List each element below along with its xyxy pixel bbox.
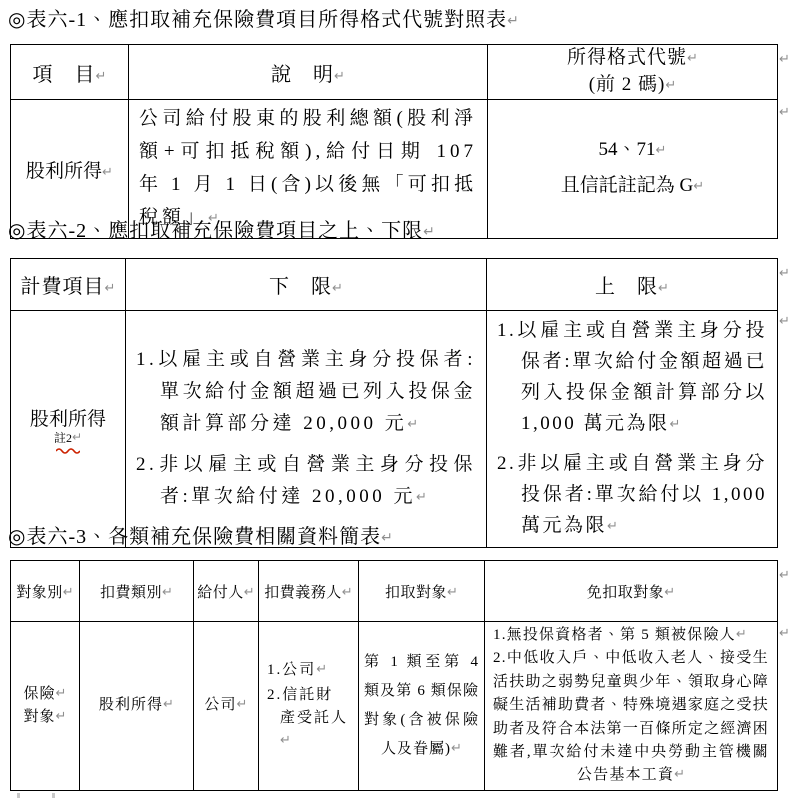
return-mark-icon: ↵ <box>670 409 681 440</box>
list-item: 2.非以雇主或自營業主身分投保者:單次給付以 1,000 萬元為限↵ <box>497 448 767 543</box>
cutoff-mark <box>17 793 20 798</box>
table-row: 計費項目↵ 下 限↵ 上 限↵ <box>11 259 778 311</box>
cell-text: 54、71 <box>599 139 656 160</box>
list-item: 2.中低收入戶、中低收入老人、接受生活扶助之弱勢兒童與少年、領取身心障礙生活補助… <box>493 647 769 787</box>
header-cell-exempt-target: 免扣取對象↵ <box>485 561 778 622</box>
return-mark-icon: ↵ <box>56 705 67 728</box>
return-mark-icon: ↵ <box>56 682 67 705</box>
return-mark-icon: ↵ <box>102 165 113 180</box>
cell-text: 股利所得 <box>99 697 163 713</box>
table-row: 對象別↵ 扣費類別↵ 給付人↵ 扣費義務人↵ 扣取對象↵ 免扣取對象↵ <box>11 561 778 622</box>
end-of-row-mark-icon: ↵ <box>779 266 788 281</box>
return-mark-icon: ↵ <box>332 281 343 296</box>
header-cell-item: 項 目↵ <box>11 45 129 100</box>
return-mark-icon: ↵ <box>658 281 669 296</box>
return-mark-icon: ↵ <box>316 658 327 681</box>
return-mark-icon: ↵ <box>237 693 248 716</box>
return-mark-icon: ↵ <box>664 585 675 600</box>
cell-text: 1.無投保資格者、第 5 類被保險人 <box>493 627 736 643</box>
cell-text: 2.非以雇主或自營業主身分投保者:單次給付以 1,000 萬元為限 <box>497 453 767 536</box>
header-label: 對象別 <box>16 585 63 601</box>
cell-text: 1.以雇主或自營業主身分投保者:單次給付金額超過已列入投保金額計算部分達 20,… <box>136 349 476 434</box>
return-mark-icon: ↵ <box>162 585 173 600</box>
header-cell-lower-limit: 下 限↵ <box>126 259 487 311</box>
header-label: 上 限 <box>595 276 658 298</box>
list-item: 2.信託財產受託人↵ <box>267 684 350 753</box>
header-label: 免扣取對象 <box>587 585 665 601</box>
footnote-reference: 註2↵ <box>11 431 125 446</box>
cell-upper-limit: 1.以雇主或自營業主身分投保者:單次給付金額超過已列入投保金額計算部分以 1,0… <box>487 311 778 548</box>
cell-obligor: 1.公司↵ 2.信託財產受託人↵ <box>259 622 359 791</box>
end-of-row-mark-icon: ↵ <box>779 105 788 120</box>
header-cell-description: 說 明↵ <box>129 45 488 100</box>
return-mark-icon: ↵ <box>687 46 698 71</box>
return-mark-icon: ↵ <box>607 511 618 542</box>
list-item: 1.公司↵ <box>267 659 350 682</box>
cell-target-type: 保險↵ 對象↵ <box>11 622 80 791</box>
return-mark-icon: ↵ <box>736 623 747 646</box>
return-mark-icon: ↵ <box>407 409 418 441</box>
header-label: 項 目 <box>33 64 96 86</box>
header-label: 所得格式代號 <box>567 47 687 68</box>
header-cell-billing-item: 計費項目↵ <box>11 259 126 311</box>
header-cell-fee-type: 扣費類別↵ <box>80 561 194 622</box>
list-item: 1.以雇主或自營業主身分投保者:單次給付金額超過已列入投保金額計算部分以 1,0… <box>497 315 767 441</box>
list-item: 1.無投保資格者、第 5 類被保險人↵ <box>493 624 769 647</box>
table-income-format-codes: 項 目↵ 說 明↵ 所得格式代號↵ (前 2 碼)↵ 股利所得↵ 公司給付股東的… <box>10 44 778 239</box>
table-row: 股利所得 註2↵ 1.以雇主或自營業主身分投保者:單次給付金額超過已列入投保金額… <box>11 311 778 548</box>
section-title-table-6-2: ◎表六-2、應扣取補充保險費項目之上、下限↵ <box>8 218 435 247</box>
cell-text: 2.中低收入戶、中低收入老人、接受生活扶助之弱勢兒童與少年、領取身心障礙生活補助… <box>493 650 769 783</box>
header-label: 下 限 <box>269 276 332 298</box>
cell-exempt-target: 1.無投保資格者、第 5 類被保險人↵ 2.中低收入戶、中低收入老人、接受生活扶… <box>485 622 778 791</box>
return-mark-icon: ↵ <box>63 585 74 600</box>
cell-lower-limit: 1.以雇主或自營業主身分投保者:單次給付金額超過已列入投保金額計算部分達 20,… <box>126 311 487 548</box>
spellcheck-squiggle <box>56 448 80 454</box>
return-mark-icon: ↵ <box>280 729 291 752</box>
return-mark-icon: ↵ <box>656 134 667 168</box>
table-upper-lower-limits: 計費項目↵ 下 限↵ 上 限↵ 股利所得 註2↵ 1.以雇主或自營業主身分投保者… <box>10 258 778 548</box>
header-cell-payer: 給付人↵ <box>194 561 259 622</box>
return-mark-icon: ↵ <box>423 219 435 246</box>
header-cell-withhold-target: 扣取對象↵ <box>359 561 485 622</box>
return-mark-icon: ↵ <box>381 525 393 552</box>
table-row: 項 目↵ 說 明↵ 所得格式代號↵ (前 2 碼)↵ <box>11 45 778 100</box>
list-item: 1.以雇主或自營業主身分投保者:單次給付金額超過已列入投保金額計算部分達 20,… <box>136 344 476 442</box>
header-label: 扣費義務人 <box>264 585 342 601</box>
return-mark-icon: ↵ <box>416 482 427 514</box>
list-item: 2.非以雇主或自營業主身分投保者:單次給付達 20,000 元↵ <box>136 449 476 515</box>
table-premium-summary: 對象別↵ 扣費類別↵ 給付人↵ 扣費義務人↵ 扣取對象↵ 免扣取對象↵ 保險↵ … <box>10 560 778 791</box>
section-title-text: ◎表六-3、各類補充保險費相關資料簡表 <box>8 526 381 548</box>
table-row: 保險↵ 對象↵ 股利所得↵ 公司↵ 1.公司↵ 2.信託財產受託人↵ 第 1 類… <box>11 622 778 791</box>
section-title-table-6-1: ◎表六-1、應扣取補充保險費項目所得格式代號對照表↵ <box>8 7 519 36</box>
section-title-text: ◎表六-1、應扣取補充保險費項目所得格式代號對照表 <box>8 9 507 31</box>
cell-text: 公司 <box>205 697 237 713</box>
end-of-row-mark-icon: ↵ <box>779 314 788 329</box>
return-mark-icon: ↵ <box>342 585 353 600</box>
cell-text: 股利所得 <box>26 161 102 182</box>
cell-payer: 公司↵ <box>194 622 259 791</box>
header-label: 計費項目 <box>21 276 105 298</box>
section-title-text: ◎表六-2、應扣取補充保險費項目之上、下限 <box>8 220 423 242</box>
end-of-row-mark-icon: ↵ <box>779 626 788 641</box>
header-cell-obligor: 扣費義務人↵ <box>259 561 359 622</box>
cell-text: 對象 <box>24 709 56 725</box>
cell-text: 公司給付股東的股利總額(股利淨額+可扣抵稅額),給付日期 107 年 1 月 1… <box>139 108 477 228</box>
cell-income-code: 54、71↵ 且信託註記為 G↵ <box>488 100 778 239</box>
footnote-text: 註2 <box>54 431 72 445</box>
return-mark-icon: ↵ <box>507 8 519 35</box>
cell-text: 2.信託財產受託人 <box>267 687 348 726</box>
cell-text: 1.以雇主或自營業主身分投保者:單次給付金額超過已列入投保金額計算部分以 1,0… <box>497 320 767 434</box>
return-mark-icon: ↵ <box>105 281 116 296</box>
return-mark-icon: ↵ <box>163 693 174 716</box>
cell-withhold-target: 第 1 類至第 4 類及第 6 類保險對象(含被保險人及眷屬)↵ <box>359 622 485 791</box>
return-mark-icon: ↵ <box>96 69 107 84</box>
cell-text: 且信託註記為 G <box>561 175 693 196</box>
return-mark-icon: ↵ <box>72 430 82 445</box>
header-cell-income-code: 所得格式代號↵ (前 2 碼)↵ <box>488 45 778 100</box>
header-cell-target-type: 對象別↵ <box>11 561 80 622</box>
cell-fee-type: 股利所得↵ <box>80 622 194 791</box>
return-mark-icon: ↵ <box>244 585 255 600</box>
end-of-row-mark-icon: ↵ <box>779 52 788 67</box>
end-of-row-mark-icon: ↵ <box>779 568 788 583</box>
header-label: 給付人 <box>197 585 244 601</box>
return-mark-icon: ↵ <box>451 734 462 763</box>
return-mark-icon: ↵ <box>447 585 458 600</box>
cell-text: 保險 <box>24 686 56 702</box>
cutoff-mark <box>52 793 55 798</box>
header-label: 扣取對象 <box>385 585 447 601</box>
return-mark-icon: ↵ <box>693 170 704 204</box>
header-label: 說 明 <box>271 64 334 86</box>
return-mark-icon: ↵ <box>334 69 345 84</box>
section-title-table-6-3: ◎表六-3、各類補充保險費相關資料簡表↵ <box>8 524 393 553</box>
cell-billing-item: 股利所得 註2↵ <box>11 311 126 548</box>
cell-text: 股利所得 <box>30 409 106 430</box>
document-page: ◎表六-1、應扣取補充保險費項目所得格式代號對照表↵ 項 目↵ 說 明↵ 所得格… <box>0 0 788 799</box>
header-label: (前 2 碼) <box>589 74 666 95</box>
header-cell-upper-limit: 上 限↵ <box>487 259 778 311</box>
cell-text: 1.公司 <box>267 662 316 678</box>
return-mark-icon: ↵ <box>674 763 685 786</box>
header-label: 扣費類別 <box>100 585 162 601</box>
return-mark-icon: ↵ <box>665 73 676 98</box>
